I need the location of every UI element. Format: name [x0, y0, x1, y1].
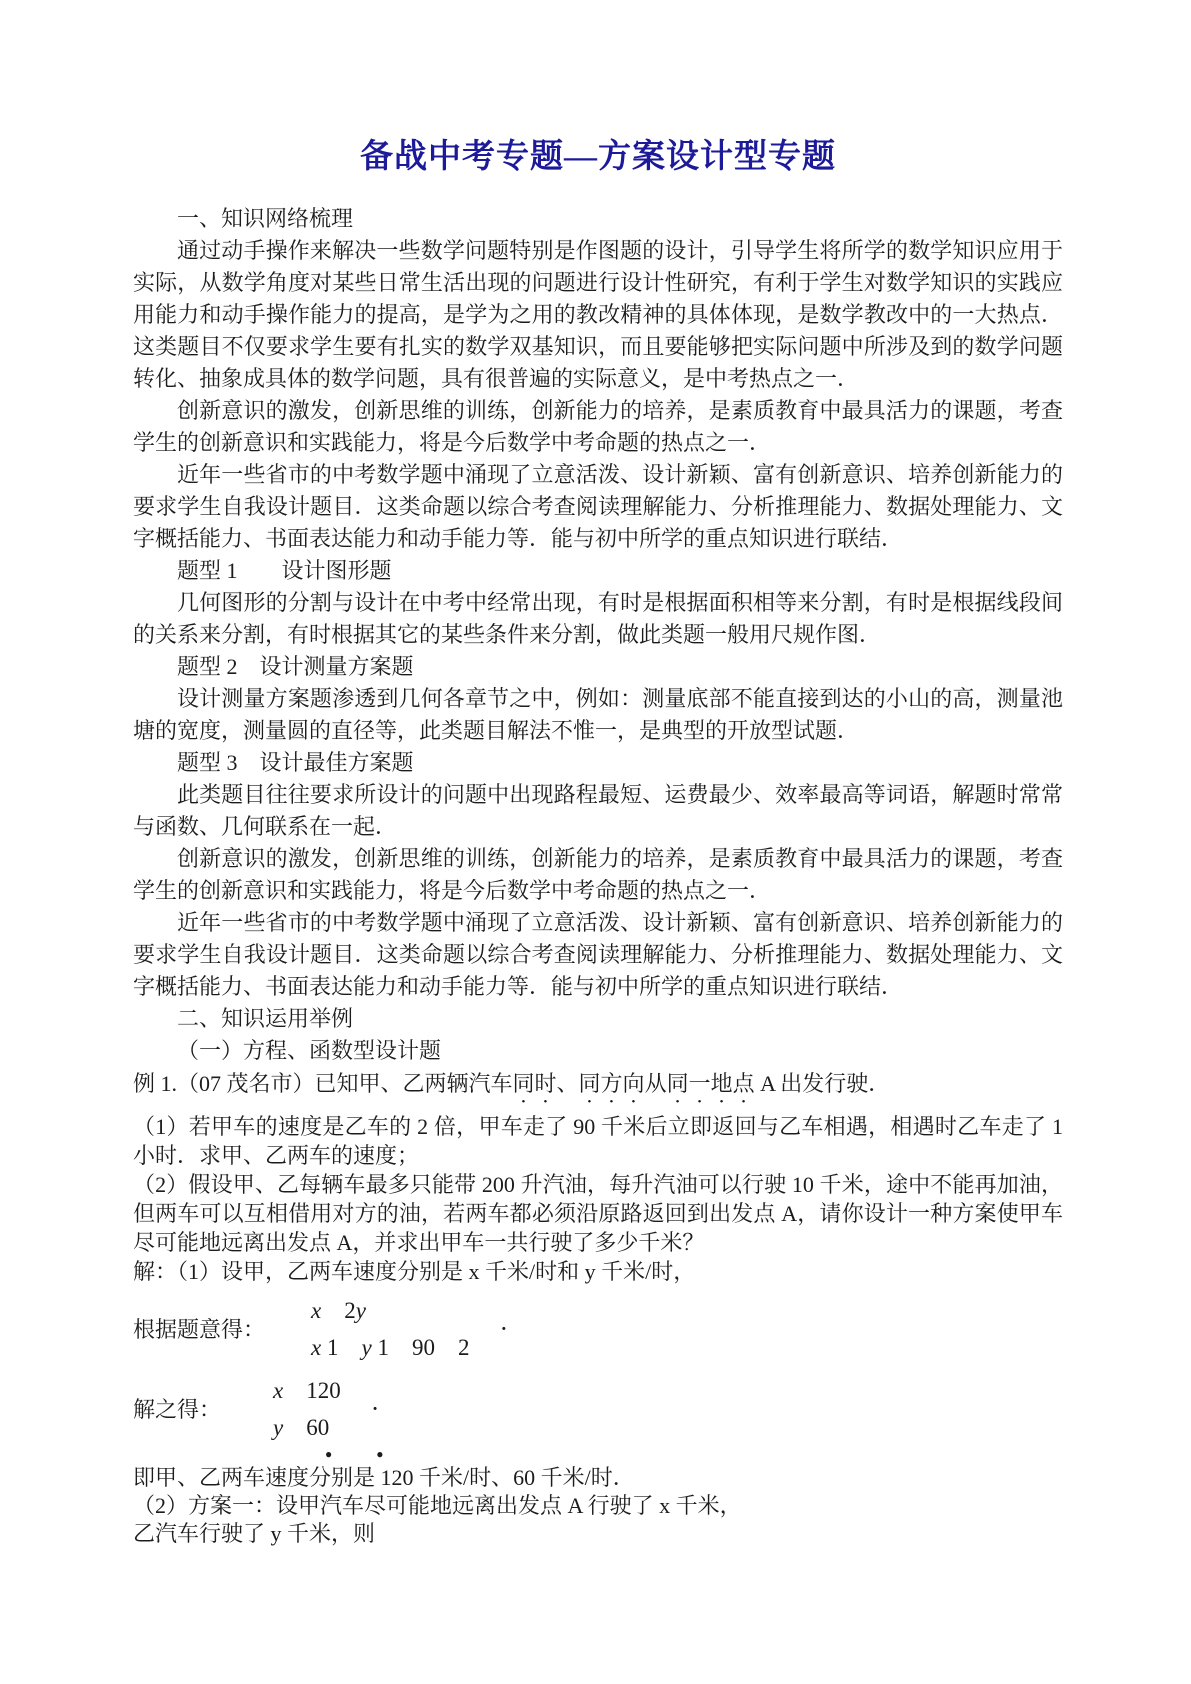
solution-plan-1b: 乙汽车行驶了 y 千米，则	[133, 1520, 1063, 1548]
question-1: （1）若甲车的速度是乙车的 2 倍，甲车走了 90 千米后立即返回与乙车相遇，相…	[133, 1112, 1063, 1170]
equation-line: x 1 y 1 90 2	[311, 1329, 469, 1366]
equation-line: y 60	[273, 1409, 341, 1446]
math-number: 2	[321, 1298, 356, 1323]
document-page: 备战中考专题—方案设计型专题 一、知识网络梳理 通过动手操作来解决一些数学问题特…	[0, 0, 1191, 1684]
stray-dots-row: ● ●	[325, 1446, 1063, 1462]
solution-step-1: 解：（1）设甲，乙两车速度分别是 x 千米/时和 y 千米/时，	[133, 1257, 1063, 1286]
type2-heading: 题型 2 设计测量方案题	[133, 651, 1063, 683]
math-number: 1	[321, 1335, 361, 1360]
stray-dot: ●	[376, 1448, 383, 1460]
intro-paragraph-5: 近年一些省市的中考数学题中涌现了立意活泼、设计新颖、富有创新意识、培养创新能力的…	[133, 907, 1063, 1003]
equation-line: x 2y	[311, 1292, 469, 1329]
example-section: 例 1.（07 茂名市）已知甲、乙两辆汽车同时、同方向从同一地点 A 出发行驶．…	[133, 1069, 1063, 1548]
type1-text: 几何图形的分割与设计在中考中经常出现，有时是根据面积相等来分割，有时是根据线段间…	[133, 587, 1063, 651]
knowledge-section: 一、知识网络梳理 通过动手操作来解决一些数学问题特别是作图题的设计，引导学生将所…	[133, 203, 1063, 1067]
equation-stack: x 2y x 1 y 1 90 2	[311, 1292, 469, 1366]
emphasized-text: 同时	[513, 1071, 557, 1096]
example-1-line: 例 1.（07 茂名市）已知甲、乙两辆汽车同时、同方向从同一地点 A 出发行驶．	[133, 1069, 1063, 1108]
example-text: A 出发行驶．	[755, 1071, 891, 1096]
math-number: 1 90 2	[372, 1335, 470, 1360]
intro-paragraph-4: 创新意识的激发，创新思维的训练，创新能力的培养，是素质教育中最具活力的课题，考查…	[133, 843, 1063, 907]
type1-heading: 题型 1 设计图形题	[133, 555, 1063, 587]
example-text: 例 1.（07 茂名市）已知甲、乙两辆汽车	[133, 1071, 513, 1096]
emphasized-text: 同方向	[579, 1071, 645, 1096]
type3-heading: 题型 3 设计最佳方案题	[133, 747, 1063, 779]
section-heading-1: 一、知识网络梳理	[133, 203, 1063, 235]
intro-paragraph-1: 通过动手操作来解决一些数学问题特别是作图题的设计，引导学生将所学的数学知识应用于…	[133, 235, 1063, 395]
subsection-heading: （一）方程、函数型设计题	[133, 1035, 1063, 1067]
intro-paragraph-3: 近年一些省市的中考数学题中涌现了立意活泼、设计新颖、富有创新意识、培养创新能力的…	[133, 459, 1063, 555]
equation-label: 解之得：	[133, 1395, 221, 1424]
equation-stack: x 120 y 60	[273, 1372, 341, 1446]
period-dot: ·	[371, 1396, 380, 1422]
equation-system-2: 解之得： x 120 y 60 ·	[133, 1372, 1063, 1446]
page-title: 备战中考专题—方案设计型专题	[133, 130, 1063, 177]
stray-dot: ●	[325, 1448, 332, 1460]
equation-line: x 120	[273, 1372, 341, 1409]
math-variable: y	[361, 1335, 371, 1360]
solution-result: 即甲、乙两车速度分别是 120 千米/时、60 千米/时．	[133, 1464, 1063, 1492]
solution-plan-1a: （2）方案一：设甲汽车尽可能地远离出发点 A 行驶了 x 千米，	[133, 1492, 1063, 1520]
math-variable: x	[273, 1378, 283, 1403]
math-variable: x	[311, 1335, 321, 1360]
example-text: 从	[645, 1071, 667, 1096]
type3-text: 此类题目往往要求所设计的问题中出现路程最短、运费最少、效率最高等词语，解题时常常…	[133, 779, 1063, 843]
intro-paragraph-2: 创新意识的激发，创新思维的训练，创新能力的培养，是素质教育中最具活力的课题，考查…	[133, 395, 1063, 459]
example-text: 、	[557, 1071, 579, 1096]
period-dot: ·	[499, 1316, 508, 1342]
equation-system-1: 根据题意得： x 2y x 1 y 1 90 2 ·	[133, 1292, 1063, 1366]
question-2: （2）假设甲、乙每辆车最多只能带 200 升汽油，每升汽油可以行驶 10 千米，…	[133, 1170, 1063, 1257]
math-number: 60	[283, 1415, 329, 1440]
document-content: 备战中考专题—方案设计型专题 一、知识网络梳理 通过动手操作来解决一些数学问题特…	[133, 130, 1063, 1548]
equation-label: 根据题意得：	[133, 1315, 265, 1344]
type2-text: 设计测量方案题渗透到几何各章节之中，例如：测量底部不能直接到达的小山的高，测量池…	[133, 683, 1063, 747]
math-variable: y	[356, 1298, 366, 1323]
math-variable: y	[273, 1415, 283, 1440]
math-variable: x	[311, 1298, 321, 1323]
section-heading-2: 二、知识运用举例	[133, 1003, 1063, 1035]
emphasized-text: 同一地点	[667, 1071, 755, 1096]
math-number: 120	[283, 1378, 341, 1403]
